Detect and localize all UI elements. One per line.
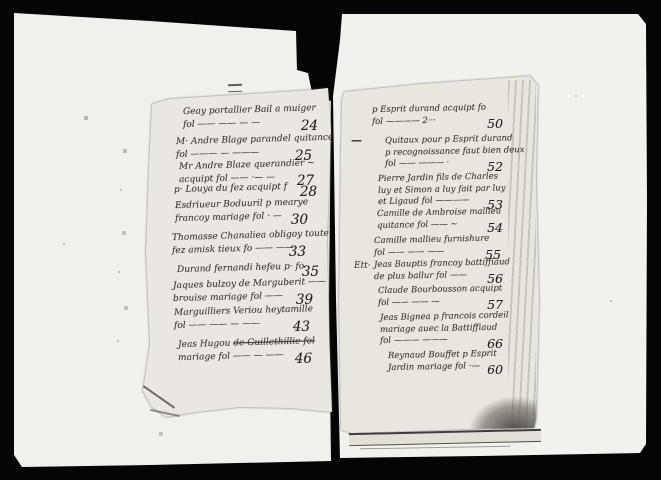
entry-text-line: fol —— —— — <box>378 295 503 309</box>
struck-text: de Guillethillie fol <box>233 336 315 348</box>
entry-text-line: p· Louya du fez acquipt f <box>174 180 317 196</box>
entry-text-line: quitance fol —— ~ <box>377 218 503 232</box>
right-page-wrap <box>0 0 661 480</box>
scanned-register-spread: Geay portallier Bail a muiger fol —— —— … <box>0 0 661 480</box>
register-entry: Esdriueur Boduuril p mearye francoy mari… <box>175 200 308 225</box>
register-entry: Jeas Bignea p francois cordeil mariage a… <box>380 313 503 348</box>
entry-text-line: fol —— ——— · <box>385 157 503 171</box>
register-entry: Ett· Jeas Bauptis francoy battiffiaud de… <box>374 260 503 283</box>
register-entry: Claude Bourbousson acquipt fol —— —— — 5… <box>378 286 503 309</box>
folio-number: 33 <box>289 244 306 260</box>
folio-number: 50 <box>487 116 503 131</box>
entry-text-line: fol ———— 2··· <box>372 114 503 128</box>
folio-number: 43 <box>293 319 310 335</box>
register-entry: Marguilliers Veriou heytamille fol —— ——… <box>174 307 310 332</box>
register-entry: Thomasse Chanaliea obligoy toute fez ami… <box>172 232 306 257</box>
dust-specks <box>0 0 2 2</box>
entry-text-line: fol ——— ——— <box>380 333 503 347</box>
register-entry: Durand fernandi hefeu p· fo 35 <box>177 264 319 277</box>
entry-text: Jeas Hugou <box>178 338 234 350</box>
entry-text-line: de plus ballur fol —— <box>374 269 503 283</box>
register-entry: Jaques bulzoy de Marguberit —— brouise m… <box>173 280 313 305</box>
folio-number: 46 <box>295 351 312 367</box>
right-manuscript-page <box>0 0 661 480</box>
register-entry: Camille de Ambroise mallieu quitance fol… <box>377 209 503 232</box>
register-entry: Jeas Hugou de Guillethillie fol mariage … <box>178 339 312 364</box>
page-block-edge-streaks <box>508 80 536 428</box>
entry-text-line: Durand fernandi hefeu p· fo <box>177 260 319 276</box>
folio-number: 30 <box>291 212 308 228</box>
register-entry: p· Louya du fez acquipt f 28 <box>174 184 317 197</box>
margin-mark: — <box>351 134 360 147</box>
register-entry: Reynaud Bouffet p Esprit Jardin mariage … <box>388 351 503 374</box>
register-entry: Pierre Jardin fils de Charles luy et Sim… <box>378 174 503 209</box>
register-entry: Geay portallier Bail a muiger fol —— —— … <box>183 106 318 131</box>
header-stroke-mark <box>228 84 242 92</box>
register-entry: — Quitaux pour p Esprit durand p recogno… <box>385 136 503 171</box>
register-entry: Camille mallieu furnishure fol —— —— —— … <box>374 236 501 259</box>
margin-mark: Ett· <box>354 261 371 271</box>
folio-number: 60 <box>487 362 503 377</box>
entry-text-line: Jardin mariage fol ·— <box>388 360 503 374</box>
register-entry: p Esprit durand acquipt fo fol ———— 2···… <box>372 105 503 128</box>
